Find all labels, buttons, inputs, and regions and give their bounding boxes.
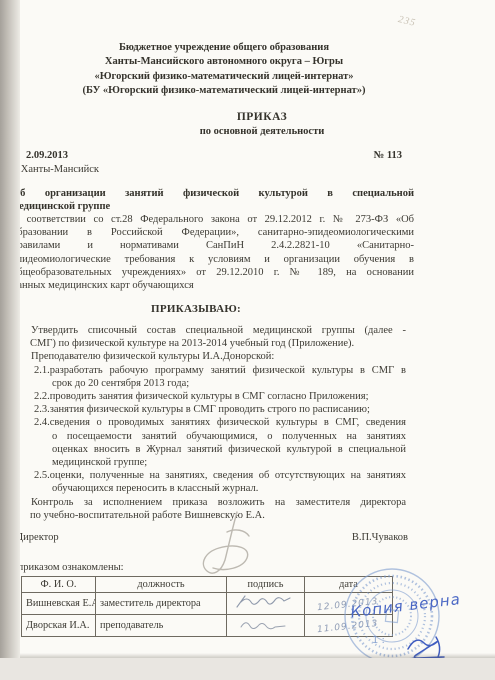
cell-name: Вишневская Е.А.	[22, 593, 96, 615]
item-text: Преподавателю физической культуры И.А.До…	[31, 350, 406, 363]
list-item: медицинской группе;	[52, 456, 406, 469]
certifier-signature	[390, 615, 480, 658]
item-text: обучающихся переносить в классный журнал…	[52, 482, 406, 495]
item-text: проводить занятия физической культуры в …	[50, 390, 406, 403]
list-item: СМГ) по физической культуре на 2013-2014…	[30, 337, 406, 350]
item-text: срок до 20 сентября 2013 года;	[52, 377, 406, 390]
subject-line: Об организации занятий физической культу…	[20, 187, 414, 200]
item-number: 1.	[20, 324, 31, 337]
scanned-order-document: { "colors": { "stamp_blue": "#7d9ccf", "…	[0, 0, 495, 680]
org-line: Ханты-Мансийского автономного округа – Ю…	[22, 55, 426, 69]
preamble-line: В соответствии со ст.28 Федерального зак…	[20, 213, 414, 226]
preamble-line: эпидеомиологические требования к условия…	[20, 253, 414, 266]
item-number: 2.1.	[34, 364, 50, 377]
list-item: 3.Контроль за исполнением приказа возлож…	[20, 496, 406, 509]
resolve-heading: ПРИКАЗЫВАЮ:	[20, 303, 372, 316]
scan-edge-shadow	[0, 0, 20, 658]
order-subject: Об организации занятий физической культу…	[20, 187, 414, 213]
item-text: о посещаемости занятий обучающимися, о п…	[52, 430, 406, 443]
preamble-line: правилами и нормативами СанПиН 2.4.2.282…	[20, 239, 414, 252]
subject-line: медицинской группе	[20, 200, 414, 213]
resolution-list: 1.Утвердить списочный состав специальной…	[20, 324, 406, 522]
date-number-row: 2.09.2013 № 113	[26, 149, 402, 162]
col-header-signature: подпись	[227, 577, 305, 593]
cell-signature	[227, 593, 305, 615]
org-line: Бюджетное учреждение общего образования	[22, 41, 426, 55]
preamble-line: общеобразовательных учреждениях» от 29.1…	[20, 266, 414, 279]
item-number: 2.2.	[34, 390, 50, 403]
item-number: 2.	[20, 350, 31, 363]
order-date: 2.09.2013	[26, 149, 68, 162]
org-line: «Югорский физико-математический лицей-ин…	[22, 70, 426, 84]
item-number: 2.4.	[34, 416, 50, 429]
order-number: № 113	[374, 149, 402, 162]
order-preamble: В соответствии со ст.28 Федерального зак…	[20, 213, 414, 292]
item-text: сведения о проводимых занятиях физическо…	[50, 416, 406, 429]
item-text: медицинской группе;	[52, 456, 406, 469]
item-text: оценках вносить в Журнал занятий физичес…	[52, 443, 406, 456]
list-item: 2.Преподавателю физической культуры И.А.…	[20, 350, 406, 363]
table-header-row: Ф. И. О. должность подпись дата	[22, 577, 393, 593]
org-line: (БУ «Югорский физико-математический лице…	[22, 84, 426, 98]
list-item: 2.2.проводить занятия физической культур…	[34, 390, 406, 403]
document-page: Бюджетное учреждение общего образования …	[20, 0, 495, 658]
col-header-role: должность	[96, 577, 227, 593]
list-item: о посещаемости занятий обучающимися, о п…	[52, 430, 406, 443]
item-text: Контроль за исполнением приказа возложит…	[31, 496, 406, 509]
item-text: СМГ) по физической культуре на 2013-2014…	[30, 337, 406, 350]
item-text: Утвердить списочный состав специальной м…	[31, 324, 406, 337]
director-role: Директор	[20, 531, 59, 544]
cell-signature	[227, 615, 305, 637]
acknowledgment-heading: С приказом ознакомлены:	[20, 561, 124, 574]
item-text: занятия физической культуры в СМГ провод…	[50, 403, 406, 416]
handwritten-signature	[231, 593, 301, 611]
order-city: г.Ханты-Мансийск	[20, 163, 99, 176]
list-item: срок до 20 сентября 2013 года;	[52, 377, 406, 390]
col-header-name: Ф. И. О.	[22, 577, 96, 593]
list-item: 2.3.занятия физической культуры в СМГ пр…	[34, 403, 406, 416]
cell-role: заместитель директора	[96, 593, 227, 615]
handwritten-signature	[231, 615, 301, 633]
order-subtitle: по основной деятельности	[20, 125, 495, 139]
table-row: Вишневская Е.А. заместитель директора 12…	[22, 593, 393, 615]
table-row: Дворская И.А. преподаватель 11.09.2013	[22, 615, 393, 637]
stamp-center-mark: 1 :	[372, 635, 385, 646]
item-number: 2.3.	[34, 403, 50, 416]
order-title: ПРИКАЗ по основной деятельности	[20, 111, 495, 138]
list-item: оценках вносить в Журнал занятий физичес…	[52, 443, 406, 456]
item-text: оценки, полученные на занятиях, сведения…	[50, 469, 406, 482]
item-number: 2.5.	[34, 469, 50, 482]
preamble-line: образовании в Российской Федерации», сан…	[20, 226, 414, 239]
list-item: 2.4.сведения о проводимых занятиях физич…	[34, 416, 406, 429]
list-item: 1.Утвердить списочный состав специальной…	[20, 324, 406, 337]
list-item: 2.5.оценки, полученные на занятиях, свед…	[34, 469, 406, 482]
organization-header: Бюджетное учреждение общего образования …	[20, 41, 426, 98]
cell-role: преподаватель	[96, 615, 227, 637]
preamble-line: данных медицинских карт обучающихся	[20, 279, 414, 292]
list-item: обучающихся переносить в классный журнал…	[52, 482, 406, 495]
item-text: разработать рабочую программу занятий фи…	[50, 364, 406, 377]
cell-name: Дворская И.А.	[22, 615, 96, 637]
item-number: 3.	[20, 496, 31, 509]
director-signature	[185, 508, 280, 580]
order-title-text: ПРИКАЗ	[20, 111, 495, 125]
acknowledgment-table: Ф. И. О. должность подпись дата Вишневск…	[21, 576, 393, 637]
director-name: В.П.Чуваков	[352, 531, 408, 544]
list-item: 2.1.разработать рабочую программу заняти…	[34, 364, 406, 377]
